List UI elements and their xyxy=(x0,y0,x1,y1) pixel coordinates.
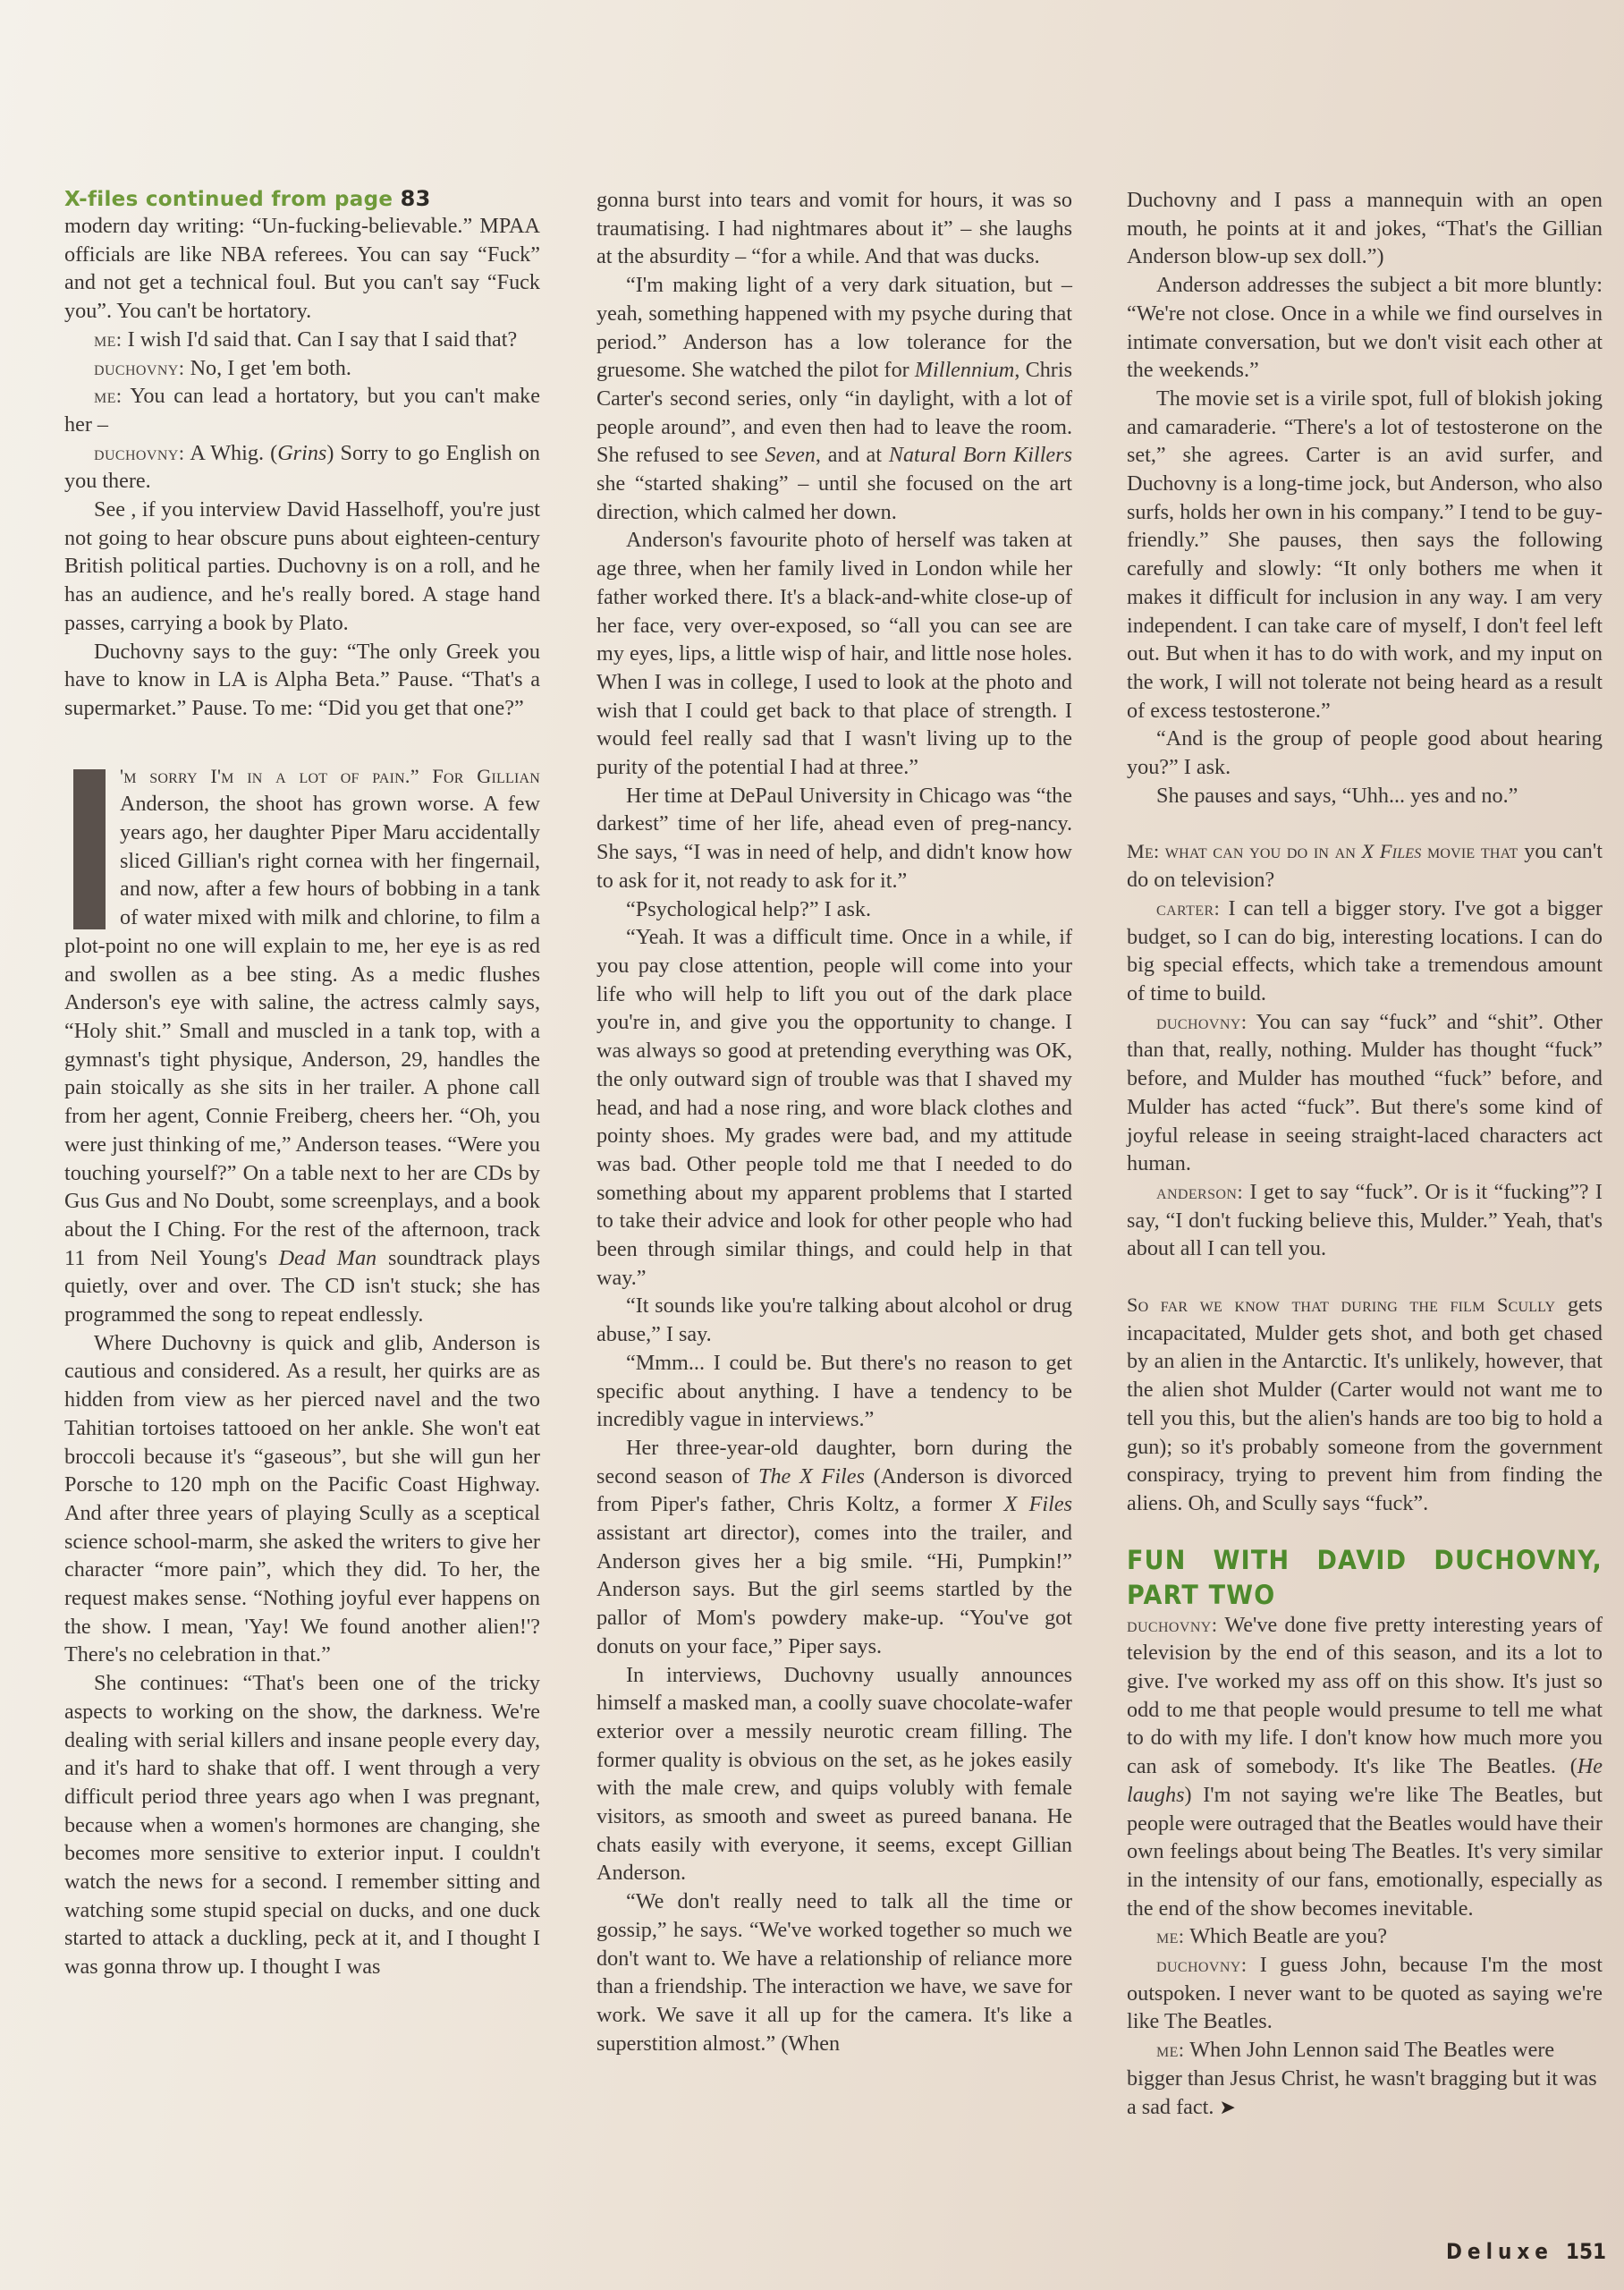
dialogue-text: When John Lennon said The Beatles were b… xyxy=(1127,2038,1597,2118)
paragraph: Anderson addresses the subject a bit mor… xyxy=(1127,271,1603,385)
paragraph: She continues: “That's been one of the t… xyxy=(64,1669,540,1981)
paragraph: Her three-year-old daughter, born during… xyxy=(596,1434,1072,1661)
paragraph: “We don't really need to talk all the ti… xyxy=(596,1887,1072,2057)
paragraph-text: she “started shaking” – until she focuse… xyxy=(596,471,1072,524)
paragraph: modern day writing: “Un-fucking-believab… xyxy=(64,212,540,326)
dialogue-line: Me: You can lead a hortatory, but you ca… xyxy=(64,382,540,438)
speaker-label: Duchovny: xyxy=(94,357,185,379)
paragraph-text: , and at xyxy=(816,443,889,467)
paragraph: Anderson's favourite photo of herself wa… xyxy=(596,526,1072,781)
section-opening-paragraph: I'm sorry I'm in a lot of pain.” For Gil… xyxy=(64,762,540,1329)
italic-title: X Files xyxy=(1004,1492,1073,1516)
page-footer: Deluxe151 xyxy=(1446,2239,1606,2264)
dialogue-line: Duchovny: You can say “fuck” and “shit”.… xyxy=(1127,1008,1603,1178)
speaker-label: Carter: xyxy=(1156,897,1220,920)
dialogue-text: I wish I'd said that. Can I say that I s… xyxy=(123,327,518,352)
dialogue-line: Me: I wish I'd said that. Can I say that… xyxy=(64,326,540,354)
paragraph: Duchovny says to the guy: “The only Gree… xyxy=(64,638,540,723)
section-opening-paragraph: So far we know that during the film Scul… xyxy=(1127,1291,1603,1518)
italic-title: The X Files xyxy=(758,1464,865,1488)
question-smallcaps: movie that xyxy=(1421,840,1518,862)
column-3: Duchovny and I pass a mannequin with an … xyxy=(1127,186,1603,2122)
continued-from-label: X-files continued from page 83 xyxy=(64,186,540,212)
paragraph: Where Duchovny is quick and glib, Anders… xyxy=(64,1329,540,1669)
continued-page-number: 83 xyxy=(401,186,431,211)
speaker-label: Me: xyxy=(94,385,123,407)
magazine-page: X-files continued from page 83 modern da… xyxy=(0,0,1624,2290)
italic-title: X Files xyxy=(1362,840,1422,862)
dialogue-text: No, I get 'em both. xyxy=(185,356,351,380)
paragraph-text: assistant art director), comes into the … xyxy=(596,1521,1072,1658)
opening-smallcaps: So far we know that during the film Scul… xyxy=(1127,1293,1555,1316)
dialogue-line: Duchovny: No, I get 'em both. xyxy=(64,354,540,383)
paragraph: See , if you interview David Hasselhoff,… xyxy=(64,496,540,638)
speaker-label: Duchovny: xyxy=(1156,1011,1248,1033)
dialogue-line: Duchovny: I guess John, because I'm the … xyxy=(1127,1951,1603,2036)
dialogue-line: Duchovny: We've done five pretty interes… xyxy=(1127,1611,1603,1923)
speaker-label: Duchovny: xyxy=(1156,1954,1248,1976)
speaker-label: Me: xyxy=(1156,1925,1185,1947)
stage-direction: Grins xyxy=(277,441,326,465)
italic-title: Natural Born Killers xyxy=(889,443,1072,467)
paragraph-text: Anderson, the shoot has grown worse. A f… xyxy=(64,792,540,1269)
speaker-label: Me: xyxy=(94,328,123,351)
magazine-name: Deluxe xyxy=(1446,2239,1553,2264)
column-1: X-files continued from page 83 modern da… xyxy=(64,186,540,1981)
opening-smallcaps: 'm sorry I'm in a lot of pain.” For Gill… xyxy=(120,765,540,787)
dialogue-text: You can say “fuck” and “shit”. Other tha… xyxy=(1127,1010,1603,1176)
section-heading: Fun with David Duchovny, part two xyxy=(1127,1544,1603,1614)
dialogue-line: Me: When John Lennon said The Beatles we… xyxy=(1127,2036,1603,2122)
paragraph: “It sounds like you're talking about alc… xyxy=(596,1292,1072,1348)
drop-cap-bar: I xyxy=(73,769,106,929)
italic-title: Millennium xyxy=(915,358,1015,382)
dialogue-text: You can lead a hortatory, but you can't … xyxy=(64,384,540,437)
speaker-label: Anderson: xyxy=(1156,1181,1243,1203)
italic-title: Dead Man xyxy=(279,1246,377,1270)
dialogue-text: We've done five pretty interesting years… xyxy=(1127,1613,1603,1779)
speaker-label: Duchovny: xyxy=(94,442,185,464)
paragraph: “And is the group of people good about h… xyxy=(1127,725,1603,781)
paragraph: Her time at DePaul University in Chicago… xyxy=(596,782,1072,895)
paragraph: “Yeah. It was a difficult time. Once in … xyxy=(596,923,1072,1292)
page-number: 151 xyxy=(1566,2239,1606,2264)
speaker-label: Me: xyxy=(1156,2039,1185,2061)
continue-arrow-icon: ➤ xyxy=(1219,2097,1235,2118)
paragraph: She pauses and says, “Uhh... yes and no.… xyxy=(1127,782,1603,810)
paragraph: The movie set is a virile spot, full of … xyxy=(1127,385,1603,725)
continued-label-text: X-files continued from page xyxy=(64,188,393,211)
paragraph: gonna burst into tears and vomit for hou… xyxy=(596,186,1072,271)
italic-title: Seven xyxy=(765,443,816,467)
dialogue-line: Anderson: I get to say “fuck”. Or is it … xyxy=(1127,1178,1603,1263)
speaker-label: Duchovny: xyxy=(1127,1614,1218,1636)
interview-question: Me: what can you do in an X Files movie … xyxy=(1127,837,1603,894)
column-2: gonna burst into tears and vomit for hou… xyxy=(596,186,1072,2057)
dialogue-text: ) I'm not saying we're like The Beatles,… xyxy=(1127,1783,1603,1921)
paragraph: Duchovny and I pass a mannequin with an … xyxy=(1127,186,1603,271)
dialogue-line: Duchovny: A Whig. (Grins) Sorry to go En… xyxy=(64,439,540,496)
question-smallcaps: Me: what can you do in an xyxy=(1127,840,1362,862)
dialogue-text: Which Beatle are you? xyxy=(1185,1924,1388,1948)
dialogue-line: Carter: I can tell a bigger story. I've … xyxy=(1127,895,1603,1008)
paragraph: “Psychological help?” I ask. xyxy=(596,895,1072,924)
paragraph: “Mmm... I could be. But there's no reaso… xyxy=(596,1349,1072,1434)
paragraph: In interviews, Duchovny usually announce… xyxy=(596,1661,1072,1888)
dialogue-line: Me: Which Beatle are you? xyxy=(1127,1922,1603,1951)
paragraph: “I'm making light of a very dark situati… xyxy=(596,271,1072,526)
dialogue-text: A Whig. ( xyxy=(185,441,278,465)
paragraph-text: gets incapacitated, Mulder gets shot, an… xyxy=(1127,1293,1603,1515)
